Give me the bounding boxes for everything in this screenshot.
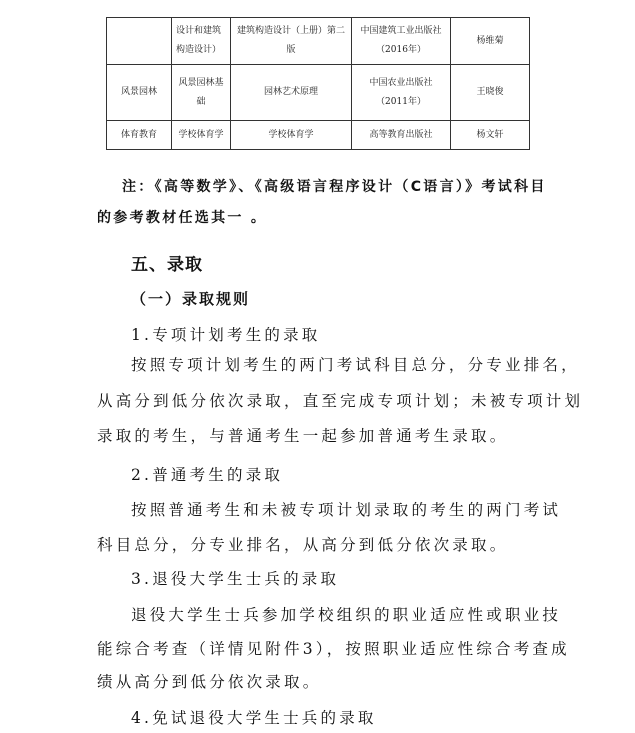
cell-author: 杨维菊 [451, 18, 530, 65]
cell-subject: 学校体育学 [172, 121, 231, 150]
cell-book: 园林艺术原理 [231, 65, 352, 121]
section-subheading: （一）录取规则 [131, 288, 250, 309]
table-row: 设计和建筑构造设计） 建筑构造设计（上册）第二版 中国建筑工业出版社（2016年… [107, 18, 530, 65]
note-line-1: 注：《高等数学》、《高级语言程序设计（C语言）》考试科目 [122, 176, 547, 196]
cell-major: 风景园林 [107, 65, 172, 121]
table-row: 体育教育 学校体育学 学校体育学 高等教育出版社 杨文轩 [107, 121, 530, 150]
item-1-line-3: 录取的考生，与普通考生一起参加普通考生录取。 [97, 424, 508, 446]
table-row: 风景园林 风景园林基础 园林艺术原理 中国农业出版社（2011年） 王晓俊 [107, 65, 530, 121]
note-line-2: 的参考教材任选其一 。 [97, 207, 267, 227]
item-2-title: 2.普通考生的录取 [131, 463, 283, 485]
cell-publisher: 中国农业出版社（2011年） [352, 65, 451, 121]
item-2-line-1: 按照普通考生和未被专项计划录取的考生的两门考试 [131, 498, 561, 520]
cell-major: 体育教育 [107, 121, 172, 150]
item-4-title: 4.免试退役大学生士兵的录取 [131, 706, 377, 728]
item-3-line-2: 能综合考查（详情见附件3），按照职业适应性综合考查成 [97, 637, 570, 659]
cell-book: 建筑构造设计（上册）第二版 [231, 18, 352, 65]
item-2-line-2: 科目总分，分专业排名，从高分到低分依次录取。 [97, 533, 508, 555]
cell-subject: 风景园林基础 [172, 65, 231, 121]
cell-book: 学校体育学 [231, 121, 352, 150]
item-3-title: 3.退役大学生士兵的录取 [131, 567, 339, 589]
item-1-line-1: 按照专项计划考生的两门考试科目总分，分专业排名， [131, 353, 580, 375]
cell-publisher: 高等教育出版社 [352, 121, 451, 150]
cell-subject: 设计和建筑构造设计） [172, 18, 231, 65]
section-heading: 五、录取 [131, 250, 203, 275]
item-3-line-3: 绩从高分到低分依次录取。 [97, 670, 321, 692]
item-1-line-2: 从高分到低分依次录取，直至完成专项计划；未被专项计划 [97, 389, 583, 411]
cell-publisher: 中国建筑工业出版社（2016年） [352, 18, 451, 65]
item-1-title: 1.专项计划考生的录取 [131, 323, 321, 345]
item-3-line-1: 退役大学生士兵参加学校组织的职业适应性或职业技 [131, 603, 561, 625]
cell-author: 王晓俊 [451, 65, 530, 121]
cell-author: 杨文轩 [451, 121, 530, 150]
cell-major [107, 18, 172, 65]
textbook-table: 设计和建筑构造设计） 建筑构造设计（上册）第二版 中国建筑工业出版社（2016年… [106, 17, 530, 150]
